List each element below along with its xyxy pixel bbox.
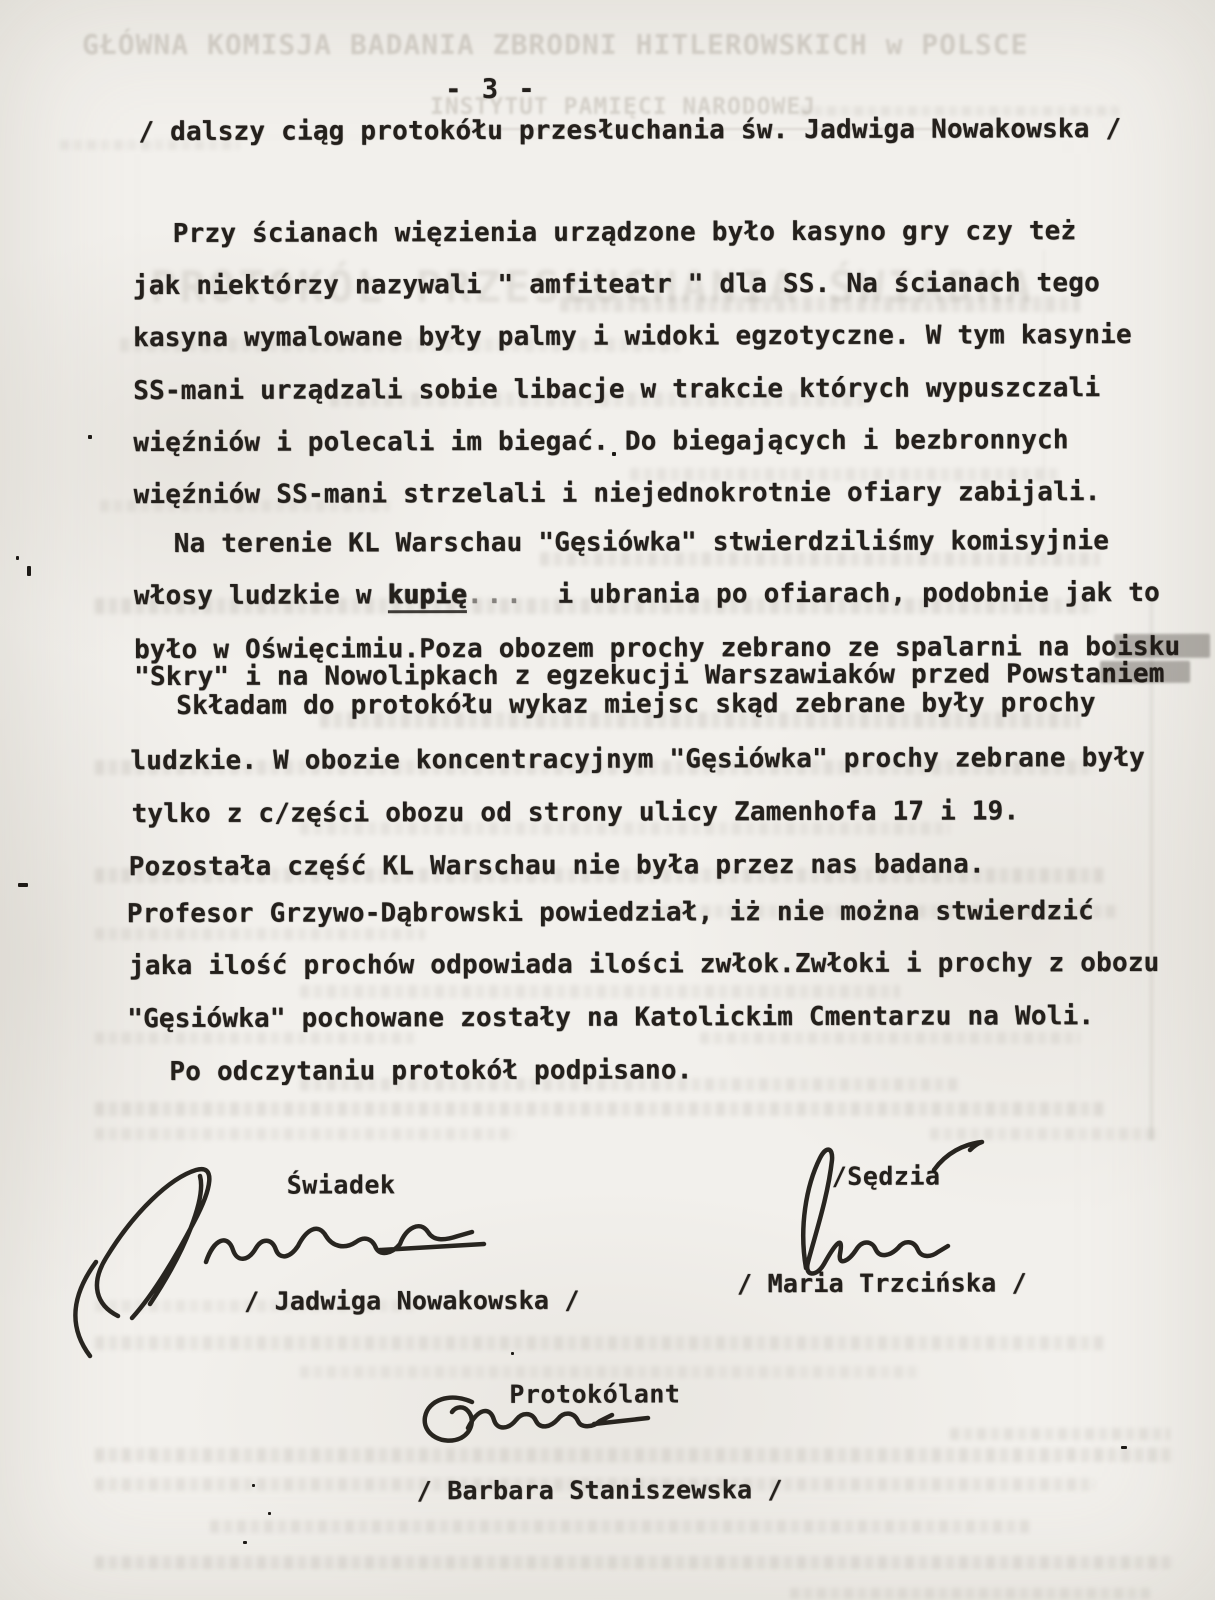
ink-speck [243, 1541, 247, 1544]
ink-speck [268, 1512, 271, 1515]
recorder-role-label: Protokólant [509, 1379, 680, 1409]
body-line: jak niektórzy nazywali " amfiteatr " dla… [133, 268, 1100, 301]
witness-name: / Jadwiga Nowakowska / [244, 1286, 580, 1316]
body-line-kupie: włosy ludzkie w kupię... i ubrania po of… [134, 578, 1160, 611]
ink-speck [27, 566, 31, 576]
ink-speck [511, 1352, 514, 1355]
body-line: więźniów SS-mani strzelali i niejednokro… [134, 477, 1101, 510]
recorder-name: / Barbara Staniszewska / [417, 1475, 783, 1505]
ink-smear [1114, 634, 1210, 658]
kupie-rest: i ubrania po ofiarach, podobnie jak to [526, 578, 1160, 610]
body-line: jaka ilość prochów odpowiada ilości zwło… [129, 948, 1160, 981]
body-line: ludzkie. W obozie koncentracyjnym "Gęsió… [130, 743, 1145, 776]
ink-speck [16, 556, 19, 560]
ink-speck [252, 1484, 255, 1487]
scanned-document-page: GŁÓWNA KOMISJA BADANIA ZBRODNI HITLEROWS… [0, 0, 1215, 1600]
body-line: Po odczytaniu protokół podpisano. [169, 1055, 692, 1087]
body-line: kasyna wymalowane były palmy i widoki eg… [133, 320, 1132, 353]
witness-role-label: Świadek [287, 1170, 396, 1199]
continuation-note: / dalszy ciąg protokółu przesłuchania św… [138, 114, 1121, 147]
body-line: SS-mani urządzali sobie libacje w trakci… [133, 373, 1100, 406]
body-line: Pozostała część KL Warschau nie była prz… [129, 849, 985, 882]
kupie-word: kupię [387, 580, 466, 613]
judge-name: / Maria Trzcińska / [737, 1268, 1027, 1298]
body-line: "Skry" i na Nowolipkach z egzekucji Wars… [134, 659, 1165, 692]
body-line: Składam do protokółu wykaz miejsc skąd z… [176, 688, 1096, 721]
judge-role-label: /Sędzia [832, 1162, 941, 1191]
ink-smear [1100, 661, 1190, 683]
ink-speck [1121, 1446, 1127, 1449]
ink-speck [612, 452, 616, 456]
ink-speck [18, 883, 28, 887]
body-line: więźniów i polecali im biegać. Do biegaj… [133, 425, 1068, 458]
ink-speck [88, 435, 92, 439]
body-line: Przy ścianach więzienia urządzone było k… [173, 216, 1077, 249]
body-line: Profesor Grzywo-Dąbrowski powiedział, iż… [127, 896, 1094, 929]
page-number: - 3 - [445, 74, 536, 105]
body-line: tylko z c/zęści obozu od strony ulicy Za… [132, 796, 1020, 829]
body-line: "Gęsiówka" pochowane zostały na Katolick… [127, 1001, 1094, 1034]
kupie-dots: ... [467, 580, 526, 610]
body-line: Na terenie KL Warschau "Gęsiówka" stwier… [174, 526, 1109, 559]
typewritten-layer: - 3 - / dalszy ciąg protokółu przesłucha… [0, 0, 1215, 1600]
kupie-prefix: włosy ludzkie w [134, 580, 388, 611]
